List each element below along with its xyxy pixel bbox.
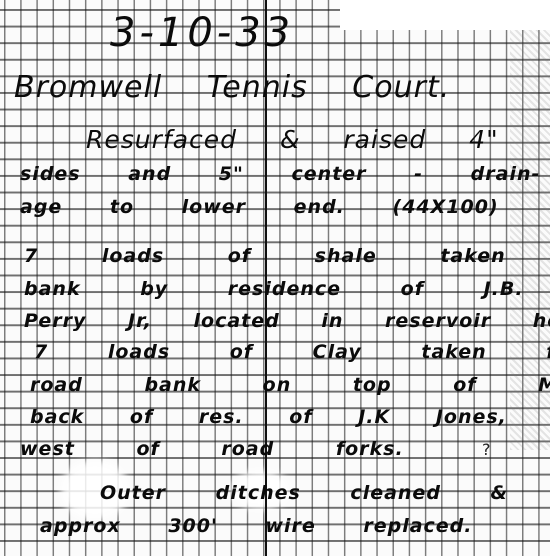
margin-question-mark: ? (482, 440, 491, 459)
note-line-7: 7 loads of Clay taken from (34, 341, 550, 363)
note-line-10: west of road forks. (20, 438, 404, 460)
note-line-4: 7 loads of shale taken from (24, 245, 550, 267)
note-line-9: back of res. of J.K Jones, 600' (30, 406, 550, 428)
note-line-5: bank by residence of J.B. (24, 278, 524, 300)
entry-date: 3-10-33 (110, 10, 294, 56)
note-line-2: sides and 5" center - drain- (20, 163, 540, 185)
paper-edge-blank (340, 0, 550, 30)
note-line-3: age to lower end. (44X100) (20, 196, 499, 218)
note-line-6: Perry Jr, located in reservoir hole (24, 310, 550, 332)
note-line-11: Outer ditches cleaned & (100, 482, 508, 504)
note-line-1: Resurfaced & raised 4" (86, 125, 499, 154)
note-line-8: road bank on top of Mt (30, 374, 550, 396)
entry-title: Bromwell Tennis Court. (14, 70, 450, 105)
note-line-12: approx 300' wire replaced. (40, 515, 473, 537)
